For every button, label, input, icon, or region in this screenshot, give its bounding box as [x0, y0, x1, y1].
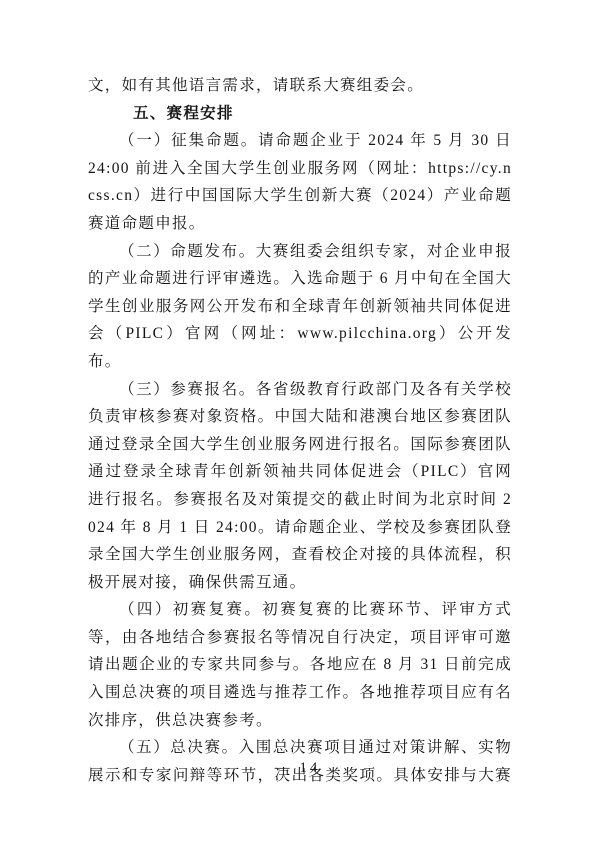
document-body: 文，如有其他语言需求，请联系大赛组委会。 五、赛程安排 （一）征集命题。请命题企… [88, 72, 512, 789]
document-page: 文，如有其他语言需求，请联系大赛组委会。 五、赛程安排 （一）征集命题。请命题企… [0, 0, 595, 841]
paragraph-item-4: （四）初赛复赛。初赛复赛的比赛环节、评审方式等，由各地结合参赛报名等情况自行决定… [88, 596, 512, 734]
paragraph-continuation: 文，如有其他语言需求，请联系大赛组委会。 [88, 72, 512, 100]
page-number: — 14 [0, 760, 595, 777]
paragraph-item-3: （三）参赛报名。各省级教育行政部门及各有关学校负责审核参赛对象资格。中国大陆和港… [88, 376, 512, 597]
paragraph-item-2: （二）命题发布。大赛组委会组织专家，对企业申报的产业命题进行评审遴选。入选命题于… [88, 238, 512, 376]
paragraph-item-1: （一）征集命题。请命题企业于 2024 年 5 月 30 日 24:00 前进入… [88, 127, 512, 237]
section-heading: 五、赛程安排 [88, 100, 512, 128]
